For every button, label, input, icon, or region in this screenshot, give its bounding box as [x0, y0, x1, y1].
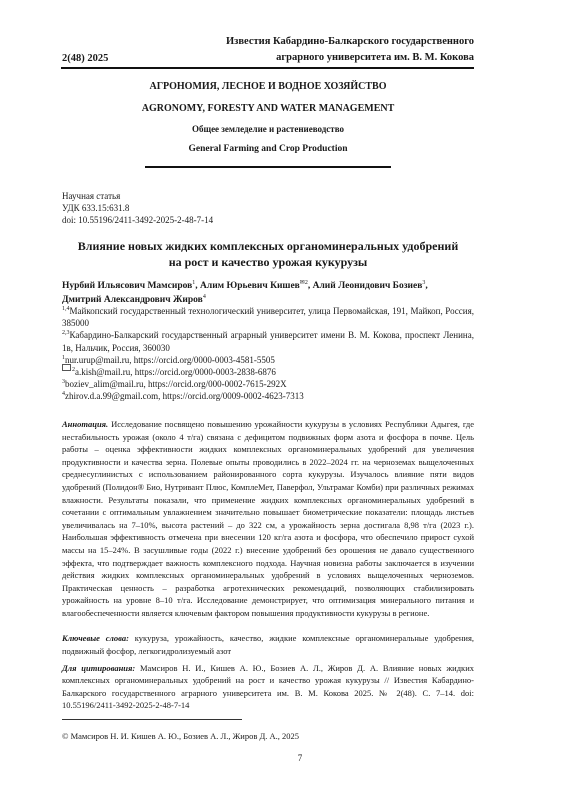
running-header: 2(48) 2025 Известия Кабардино-Балкарског… — [62, 30, 474, 68]
author: Алим Юрьевич Кишев✉2, — [200, 281, 313, 291]
affiliation-item: 1,4Майкопский государственный технологич… — [62, 305, 474, 329]
subsection-title-ru: Общее земледелие и растениеводство — [62, 124, 474, 134]
affiliations: 1,4Майкопский государственный технологич… — [62, 305, 474, 403]
issue-number: 2(48) 2025 — [62, 53, 108, 64]
citation: Для цитирования: Мамсиров Н. И., Кишев А… — [62, 662, 474, 712]
journal-name: Известия Кабардино-Балкарского государст… — [226, 34, 474, 66]
contact-item[interactable]: 1nur.urup@mail.ru, https://orcid.org/000… — [62, 354, 474, 366]
footnote-rule — [62, 719, 242, 720]
journal-name-line2: аграрного университета им. В. М. Кокова — [226, 50, 474, 66]
doi-link[interactable]: doi: 10.55196/2411-3492-2025-2-48-7-14 — [62, 214, 213, 226]
copyright-notice: © Мамсиров Н. И. Кишев А. Ю., Бозиев А. … — [62, 731, 299, 741]
section-title-en: AGRONOMY, FORESTY AND WATER MANAGEMENT — [62, 103, 474, 114]
article-type: Научная статья — [62, 190, 213, 202]
page-number: 7 — [0, 753, 566, 763]
author-list: Нурбий Ильясович Мамсиров1, Алим Юрьевич… — [62, 279, 474, 307]
abstract: Аннотация. Исследование посвящено повыше… — [62, 418, 474, 620]
contact-item[interactable]: 2a.kish@mail.ru, https://orcid.org/0000-… — [62, 366, 474, 378]
contact-item[interactable]: 3boziev_alim@mail.ru, https://orcid.org/… — [62, 378, 474, 390]
article-meta: Научная статья УДК 633.15:631.8 doi: 10.… — [62, 190, 213, 226]
journal-name-line1: Известия Кабардино-Балкарского государст… — [226, 34, 474, 50]
corresponding-mail-icon: ✉2 — [300, 280, 308, 286]
article-title-line2: на рост и качество урожая кукурузы — [62, 254, 474, 270]
article-title: Влияние новых жидких комплексных органом… — [62, 238, 474, 270]
subsection-title-en: General Farming and Crop Production — [62, 144, 474, 154]
abstract-text: Исследование посвящено повышению урожайн… — [62, 419, 474, 618]
article-title-line1: Влияние новых жидких комплексных органом… — [62, 238, 474, 254]
keywords-label: Ключевые слова: — [62, 633, 129, 643]
section-rule — [145, 166, 391, 168]
abstract-label: Аннотация. — [62, 419, 108, 429]
citation-label: Для цитирования: — [62, 663, 135, 673]
header-rule — [61, 67, 474, 69]
section-title-ru: АГРОНОМИЯ, ЛЕСНОЕ И ВОДНОЕ ХОЗЯЙСТВО — [62, 81, 474, 92]
author: Нурбий Ильясович Мамсиров1, — [62, 281, 200, 291]
author: Дмитрий Александрович Жиров4 — [62, 295, 206, 305]
keywords: Ключевые слова: кукуруза, урожайность, к… — [62, 632, 474, 657]
mail-icon — [62, 364, 71, 371]
article-page: 2(48) 2025 Известия Кабардино-Балкарског… — [0, 0, 566, 800]
contact-item[interactable]: 4zhirov.d.a.99@gmail.com, https://orcid.… — [62, 390, 474, 402]
udk-code: УДК 633.15:631.8 — [62, 202, 213, 214]
author: Алий Леонидович Бозиев3, — [313, 281, 428, 291]
affiliation-item: 2,3Кабардино-Балкарский государственный … — [62, 329, 474, 353]
